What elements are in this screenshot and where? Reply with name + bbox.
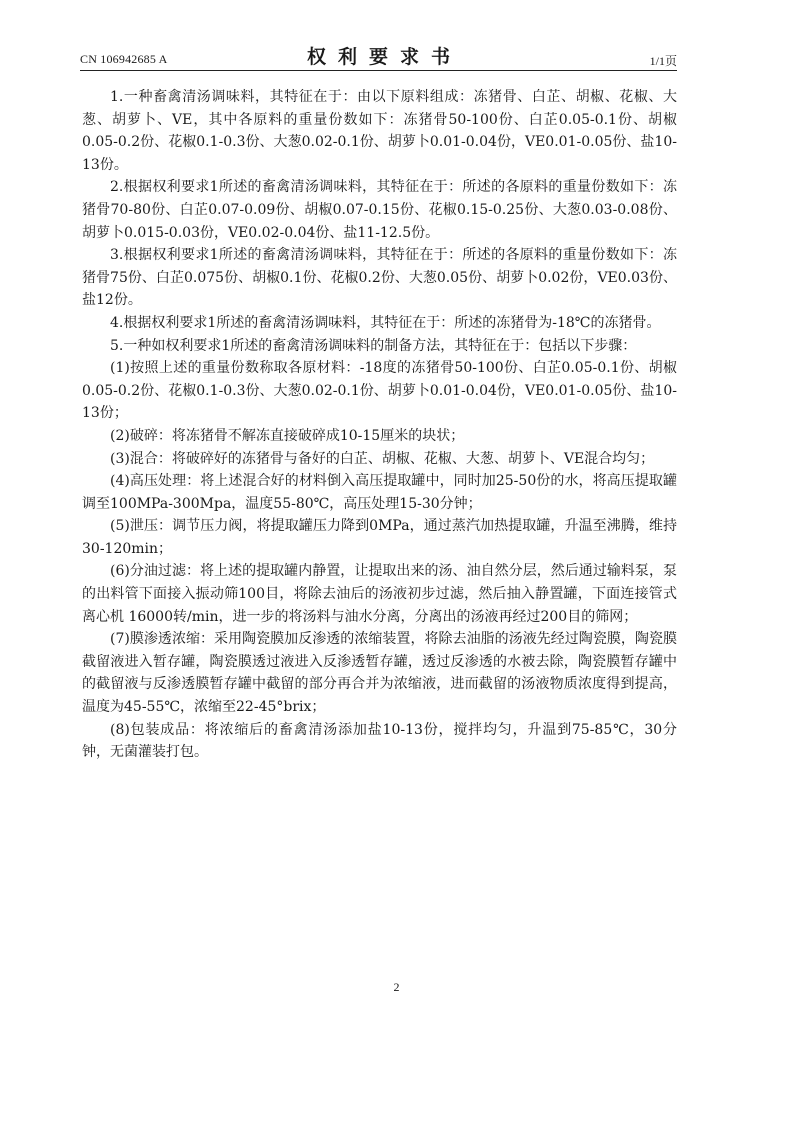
claim-3: 3.根据权利要求1所述的畜禽清汤调味料，其特征在于：所述的各原料的重量份数如下：… bbox=[82, 244, 677, 312]
claim-5-step-4: (4)高压处理：将上述混合好的材料倒入高压提取罐中，同时加25-50份的水，将高… bbox=[82, 470, 677, 515]
claim-5-step-6: (6)分油过滤：将上述的提取罐内静置，让提取出来的汤、油自然分层，然后通过输料泵… bbox=[82, 560, 677, 628]
claim-1: 1.一种畜禽清汤调味料，其特征在于：由以下原料组成：冻猪骨、白芷、胡椒、花椒、大… bbox=[82, 86, 677, 176]
page-info: 1/1页 bbox=[650, 52, 677, 69]
claims-body: 1.一种畜禽清汤调味料，其特征在于：由以下原料组成：冻猪骨、白芷、胡椒、花椒、大… bbox=[82, 86, 677, 764]
header-rule bbox=[80, 70, 677, 71]
page-number: 2 bbox=[0, 980, 793, 995]
page-header: CN 106942685 A 权利要求书 1/1页 bbox=[80, 40, 677, 70]
claim-2: 2.根据权利要求1所述的畜禽清汤调味料，其特征在于：所述的各原料的重量份数如下：… bbox=[82, 176, 677, 244]
claim-4: 4.根据权利要求1所述的畜禽清汤调味料，其特征在于：所述的冻猪骨为-18℃的冻猪… bbox=[82, 312, 677, 335]
claim-5-step-1: (1)按照上述的重量份数称取各原材料：-18度的冻猪骨50-100份、白芷0.0… bbox=[82, 357, 677, 425]
claim-5: 5.一种如权利要求1所述的畜禽清汤调味料的制备方法，其特征在于：包括以下步骤： bbox=[82, 335, 677, 358]
claim-5-step-8: (8)包装成品：将浓缩后的畜禽清汤添加盐10-13份，搅拌均匀，升温到75-85… bbox=[82, 719, 677, 764]
claim-5-step-2: (2)破碎：将冻猪骨不解冻直接破碎成10-15厘米的块状； bbox=[82, 425, 677, 448]
claim-5-step-7: (7)膜渗透浓缩：采用陶瓷膜加反渗透的浓缩装置，将除去油脂的汤液先经过陶瓷膜，陶… bbox=[82, 628, 677, 718]
claim-5-step-3: (3)混合：将破碎好的冻猪骨与备好的白芷、胡椒、花椒、大葱、胡萝卜、VE混合均匀… bbox=[82, 448, 677, 471]
claim-5-step-5: (5)泄压：调节压力阀，将提取罐压力降到0MPa，通过蒸汽加热提取罐，升温至沸腾… bbox=[82, 515, 677, 560]
document-title: 权利要求书 bbox=[80, 42, 677, 69]
